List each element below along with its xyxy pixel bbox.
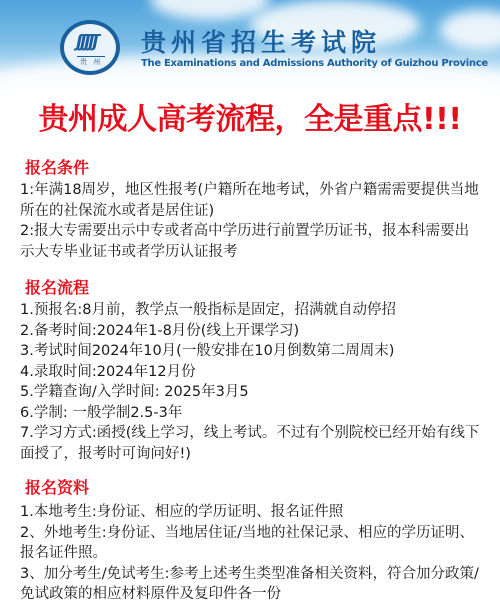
page-title: 贵州成人高考流程，全是重点!!!	[0, 94, 500, 138]
list-item: 2、外地考生:身份证、当地居住证/当地的社保记录、相应的学历证明、报名证件照。	[20, 523, 482, 564]
section-body-materials: 1.本地考生:身份证、相应的学历证明、报名证件照 2、外地考生:身份证、当地居住…	[20, 502, 482, 605]
list-item: 6.学制: 一般学制2.5-3年	[20, 403, 482, 424]
org-name-cn: 贵州省招生考试院	[141, 23, 381, 59]
cloud-decoration	[440, 10, 500, 50]
logo-symbol: ʃʃʃʃʃ	[76, 34, 96, 51]
list-item: 1:年满18周岁，地区性报考(户籍所在地考试，外省户籍需需要提供当地所在的社保流…	[20, 180, 482, 221]
section-title-requirements: 报名条件	[25, 155, 89, 178]
list-item: 2:报大专需要出示中专或者高中学历进行前置学历证书，报本科需要出示大专毕业证书或…	[20, 221, 482, 262]
section-title-materials: 报名资料	[25, 475, 89, 498]
list-item: 1.本地考生:身份证、相应的学历证明、报名证件照	[20, 502, 482, 523]
section-title-process: 报名流程	[25, 275, 89, 298]
org-logo-icon: ʃʃʃʃʃ 贵 州	[60, 20, 120, 75]
org-name-en: The Examinations and Admissions Authorit…	[141, 58, 488, 69]
list-item: 7.学习方式:函授(线上学习，线上考试。不过有个别院校已经开始有线下面授了，报考…	[20, 423, 482, 464]
list-item: 3、加分考生/免试考生:参考上述考生类型准备相关资料，符合加分政策/免试政策的相…	[20, 564, 482, 605]
cloud-decoration	[150, 0, 270, 20]
list-item: 1.预报名:8月前，教学点一般指标是固定，招满就自动停招	[20, 300, 482, 321]
header-banner: ʃʃʃʃʃ 贵 州 贵州省招生考试院 The Examinations and …	[0, 0, 500, 92]
section-body-requirements: 1:年满18周岁，地区性报考(户籍所在地考试，外省户籍需需要提供当地所在的社保流…	[20, 180, 482, 262]
logo-badge: 贵 州	[77, 56, 105, 67]
list-item: 5.学籍查询/入学时间: 2025年3月5	[20, 382, 482, 403]
list-item: 3.考试时间2024年10月(一般安排在10月倒数第二周周末)	[20, 341, 482, 362]
list-item: 4.录取时间:2024年12月份	[20, 362, 482, 383]
section-body-process: 1.预报名:8月前，教学点一般指标是固定，招满就自动停招 2.备考时间:2024…	[20, 300, 482, 464]
list-item: 2.备考时间:2024年1-8月份(线上开课学习)	[20, 321, 482, 342]
